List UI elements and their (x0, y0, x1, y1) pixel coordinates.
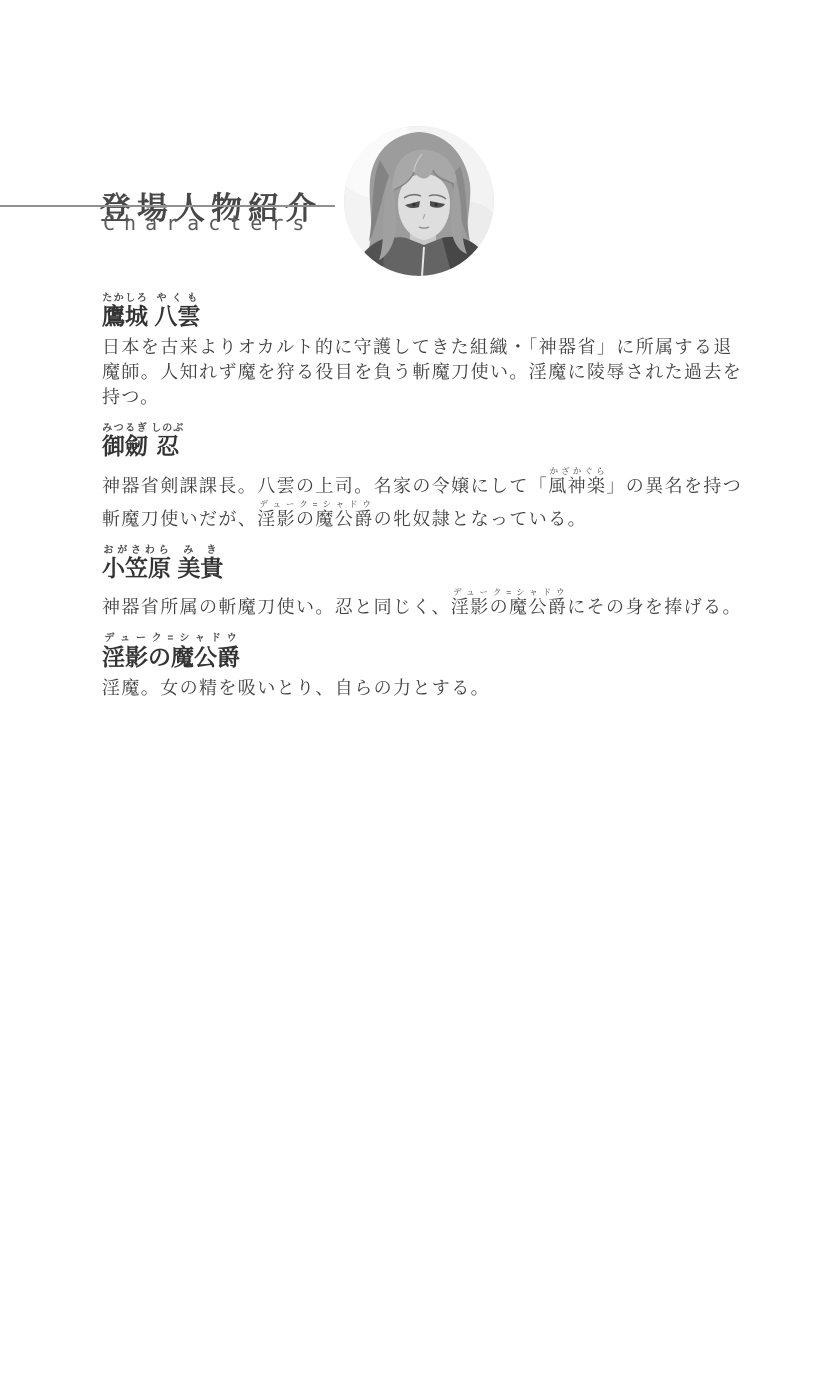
character-entry: 御劒みつるぎ 忍しのぶ 神器省剣課課長。八雲の上司。名家の令嬢にして「風神楽かざ… (102, 423, 772, 531)
description-line: 斬魔刀使いだが、淫影の魔公爵デューク=シャドウの牝奴隷となっている。 (102, 499, 772, 532)
character-description: 神器省所属の斬魔刀使い。忍と同じく、淫影の魔公爵デューク=シャドウにその身を捧げ… (102, 587, 772, 620)
character-description: 淫魔。女の精を吸いとり、自らの力とする。 (102, 676, 772, 701)
description-line: 持つ。 (102, 385, 772, 410)
character-entry: 鷹城たかしろ 八雲やくも 日本を古来よりオカルト的に守護してきた組織・「神器省」… (102, 293, 772, 410)
character-portrait (344, 126, 494, 276)
description-line: 神器省所属の斬魔刀使い。忍と同じく、淫影の魔公爵デューク=シャドウにその身を捧げ… (102, 587, 772, 620)
character-name: 淫影の魔公爵デューク=シャドウ (102, 633, 772, 670)
portrait-image (344, 126, 494, 276)
header-divider (0, 205, 335, 207)
description-line: 淫魔。女の精を吸いとり、自らの力とする。 (102, 676, 772, 701)
character-name: 鷹城たかしろ 八雲やくも (102, 293, 772, 329)
character-name: 小笠原おがさわら 美貴みき (102, 545, 772, 581)
description-line: 神器省剣課課長。八雲の上司。名家の令嬢にして「風神楽かざかぐら」の異名を持つ (102, 466, 772, 499)
character-name: 御劒みつるぎ 忍しのぶ (102, 423, 772, 459)
character-description: 日本を古来よりオカルト的に守護してきた組織・「神器省」に所属する退魔師。人知れず… (102, 335, 772, 410)
description-line: 魔師。人知れず魔を狩る役目を負う斬魔刀使い。淫魔に陵辱された過去を (102, 360, 772, 385)
character-entry: 小笠原おがさわら 美貴みき 神器省所属の斬魔刀使い。忍と同じく、淫影の魔公爵デュ… (102, 545, 772, 620)
book-page: 登場人物紹介 Characters (0, 0, 826, 1400)
character-entry: 淫影の魔公爵デューク=シャドウ 淫魔。女の精を吸いとり、自らの力とする。 (102, 633, 772, 701)
character-list: 鷹城たかしろ 八雲やくも 日本を古来よりオカルト的に守護してきた組織・「神器省」… (102, 293, 772, 714)
page-subtitle: Characters (103, 211, 313, 235)
character-description: 神器省剣課課長。八雲の上司。名家の令嬢にして「風神楽かざかぐら」の異名を持つ斬魔… (102, 466, 772, 532)
description-line: 日本を古来よりオカルト的に守護してきた組織・「神器省」に所属する退 (102, 335, 772, 360)
